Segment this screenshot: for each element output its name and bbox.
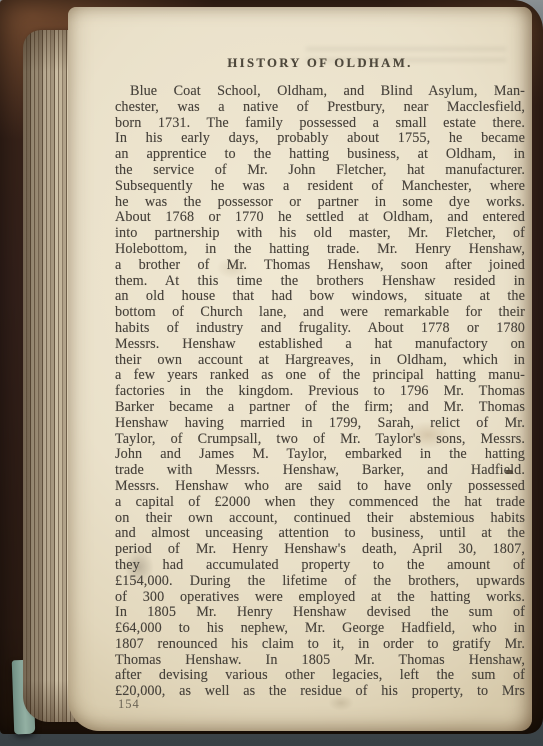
text-line: John and James M. Taylor, embarked in th… xyxy=(115,447,525,463)
text-line: Henshaw having married in 1799, Sarah, r… xyxy=(115,416,525,432)
text-line: Taylor, of Crumpsall, two of Mr. Taylor'… xyxy=(115,432,525,448)
text-line: In 1805 Mr. Henry Henshaw devised the su… xyxy=(115,605,525,621)
text-line: In his early days, probably about 1755, … xyxy=(115,131,525,147)
text-line: £20,000, as well as the residue of his p… xyxy=(115,684,525,700)
text-line: £64,000 to his nephew, Mr. George Hadfie… xyxy=(115,621,525,637)
text-line: Messrs. Henshaw established a hat manufa… xyxy=(115,337,525,353)
text-line: of 300 operatives were employed at the h… xyxy=(115,590,525,606)
text-line: 1807 renounced his claim to it, in order… xyxy=(115,637,525,653)
text-line: Holebottom, in the hatting trade. Mr. He… xyxy=(115,242,525,258)
ink-speck xyxy=(506,470,513,474)
text-line: a capital of £2000 when they commenced t… xyxy=(115,495,525,511)
text-line: he was the possessor or partner in some … xyxy=(115,195,525,211)
book-photo: HISTORY OF OLDHAM. Blue Coat School, Old… xyxy=(0,0,543,746)
running-head: HISTORY OF OLDHAM. xyxy=(115,56,525,71)
body-text: Blue Coat School, Oldham, and Blind Asyl… xyxy=(115,84,525,700)
text-line: on their own account, continued their ab… xyxy=(115,511,525,527)
text-line: bottom of Church lane, and were remarkab… xyxy=(115,305,525,321)
text-line: after devising various other legacies, l… xyxy=(115,668,525,684)
text-line: habits of industry and frugality. About … xyxy=(115,321,525,337)
text-line: £154,000. During the lifetime of the bro… xyxy=(115,574,525,590)
text-line: factories in the kingdom. Previous to 17… xyxy=(115,384,525,400)
text-line: an old house that had bow windows, situa… xyxy=(115,289,525,305)
text-line: Subsequently he was a resident of Manche… xyxy=(115,179,525,195)
text-line: them. At this time the brothers Henshaw … xyxy=(115,274,525,290)
text-line: they had accumulated property to the amo… xyxy=(115,558,525,574)
text-line: an apprentice to the hatting business, a… xyxy=(115,147,525,163)
text-line: Thomas Henshaw. In 1805 Mr. Thomas Hensh… xyxy=(115,653,525,669)
text-line: into partnership with his old master, Mr… xyxy=(115,226,525,242)
text-line: their own account at Hargreaves, in Oldh… xyxy=(115,353,525,369)
text-line: a few years ranked as one of the princip… xyxy=(115,368,525,384)
text-line: chester, was a native of Prestbury, near… xyxy=(115,100,525,116)
text-line: Barker became a partner of the firm; and… xyxy=(115,400,525,416)
text-line: a brother of Mr. Thomas Henshaw, soon af… xyxy=(115,258,525,274)
text-line: born 1731. The family possessed a small … xyxy=(115,116,525,132)
text-line: and almost unceasing attention to busine… xyxy=(115,526,525,542)
text-line: period of Mr. Henry Henshaw's death, Apr… xyxy=(115,542,525,558)
text-line: Messrs. Henshaw who are said to have onl… xyxy=(115,479,525,495)
page-number: 154 xyxy=(118,697,140,712)
text-line: the service of Mr. John Fletcher, hat ma… xyxy=(115,163,525,179)
text-line: trade with Messrs. Henshaw, Barker, and … xyxy=(115,463,525,479)
text-line: About 1768 or 1770 he settled at Oldham,… xyxy=(115,210,525,226)
text-line: Blue Coat School, Oldham, and Blind Asyl… xyxy=(115,84,525,100)
